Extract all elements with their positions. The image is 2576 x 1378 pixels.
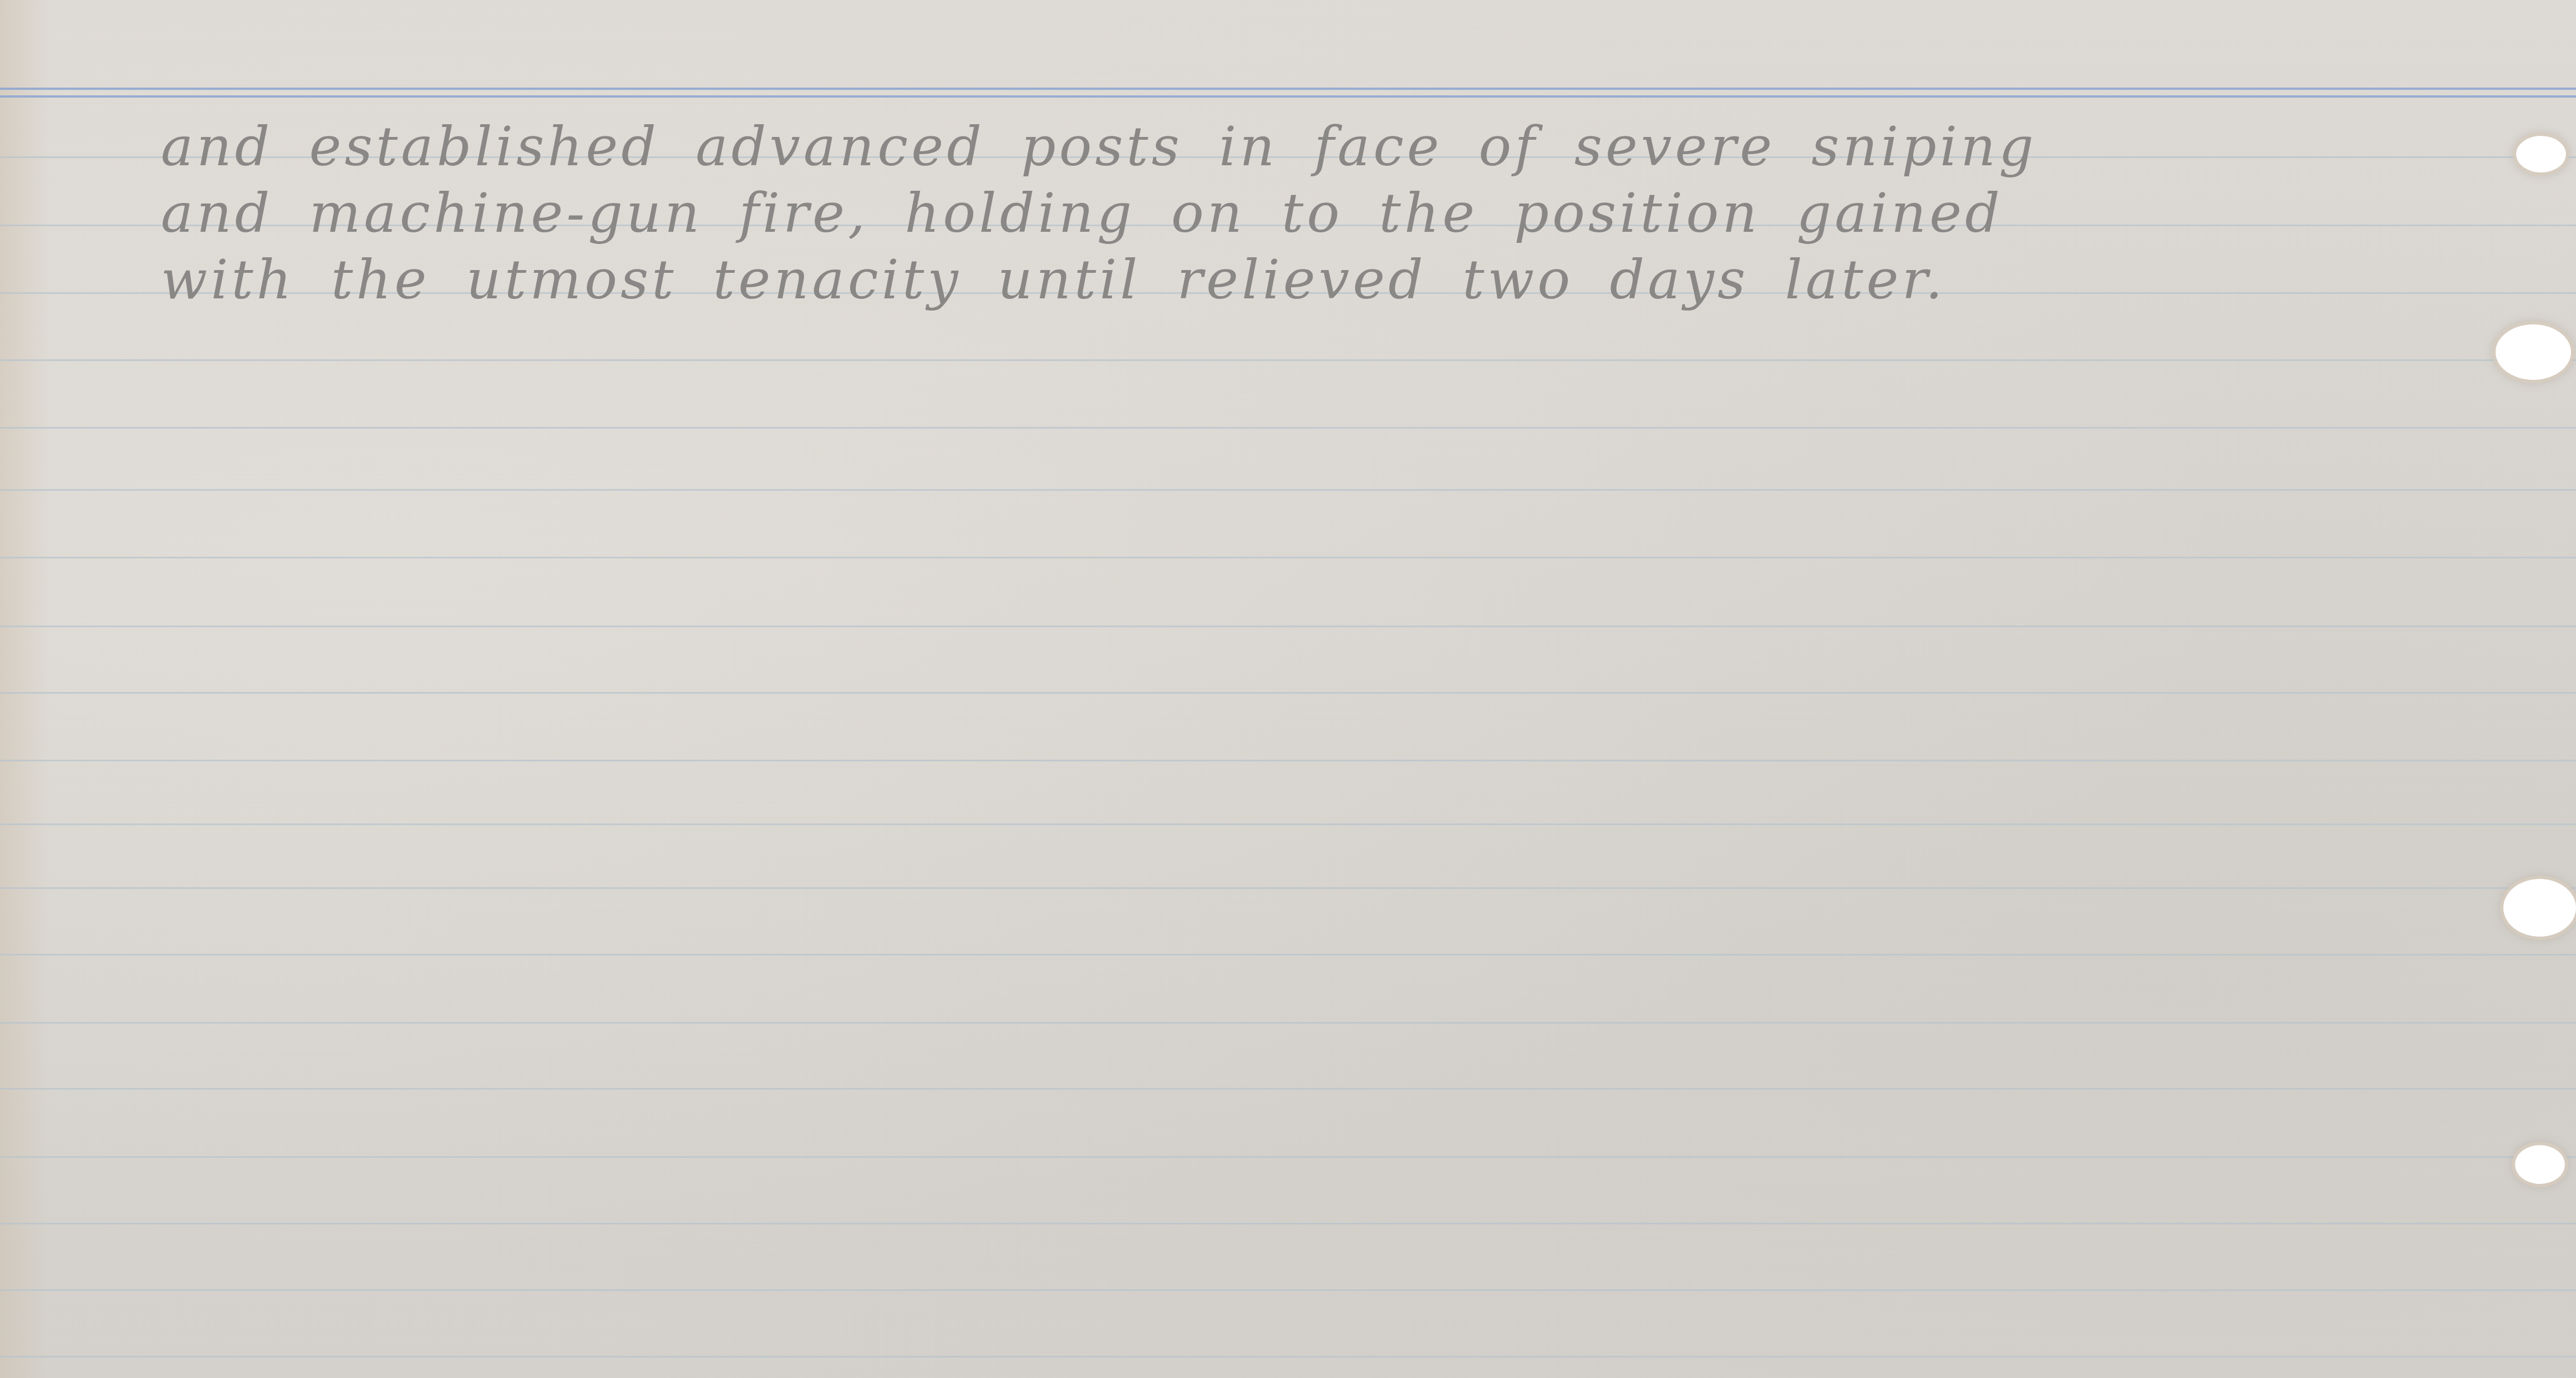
ruled-line — [0, 760, 2576, 761]
handwritten-line-1: and established advanced posts in face o… — [161, 114, 2037, 180]
handwritten-passage: and established advanced posts in face o… — [161, 114, 2037, 313]
ruled-line — [0, 823, 2576, 825]
punch-hole-icon — [2503, 879, 2576, 937]
handwritten-line-2: and machine-gun fire, holding on to the … — [161, 180, 2037, 247]
ruled-line — [0, 1022, 2576, 1024]
ruled-line — [0, 1223, 2576, 1224]
punch-hole-icon — [2515, 1145, 2565, 1184]
ruled-line — [0, 1156, 2576, 1158]
ruled-line — [0, 626, 2576, 627]
ruled-line — [0, 1356, 2576, 1357]
header-double-rule-top — [0, 88, 2576, 90]
punch-hole-icon — [2516, 136, 2566, 172]
ruled-line — [0, 489, 2576, 491]
ruled-line — [0, 887, 2576, 889]
ruled-line — [0, 954, 2576, 955]
ruled-line — [0, 1088, 2576, 1090]
ruled-line — [0, 692, 2576, 694]
ruled-line — [0, 427, 2576, 429]
punch-hole-icon — [2496, 324, 2571, 380]
header-double-rule-bottom — [0, 95, 2576, 98]
ruled-line — [0, 359, 2576, 361]
ruled-line — [0, 1289, 2576, 1291]
handwritten-line-3: with the utmost tenacity until relieved … — [161, 247, 2037, 313]
notebook-page: and established advanced posts in face o… — [0, 0, 2576, 1378]
ruled-line — [0, 557, 2576, 558]
